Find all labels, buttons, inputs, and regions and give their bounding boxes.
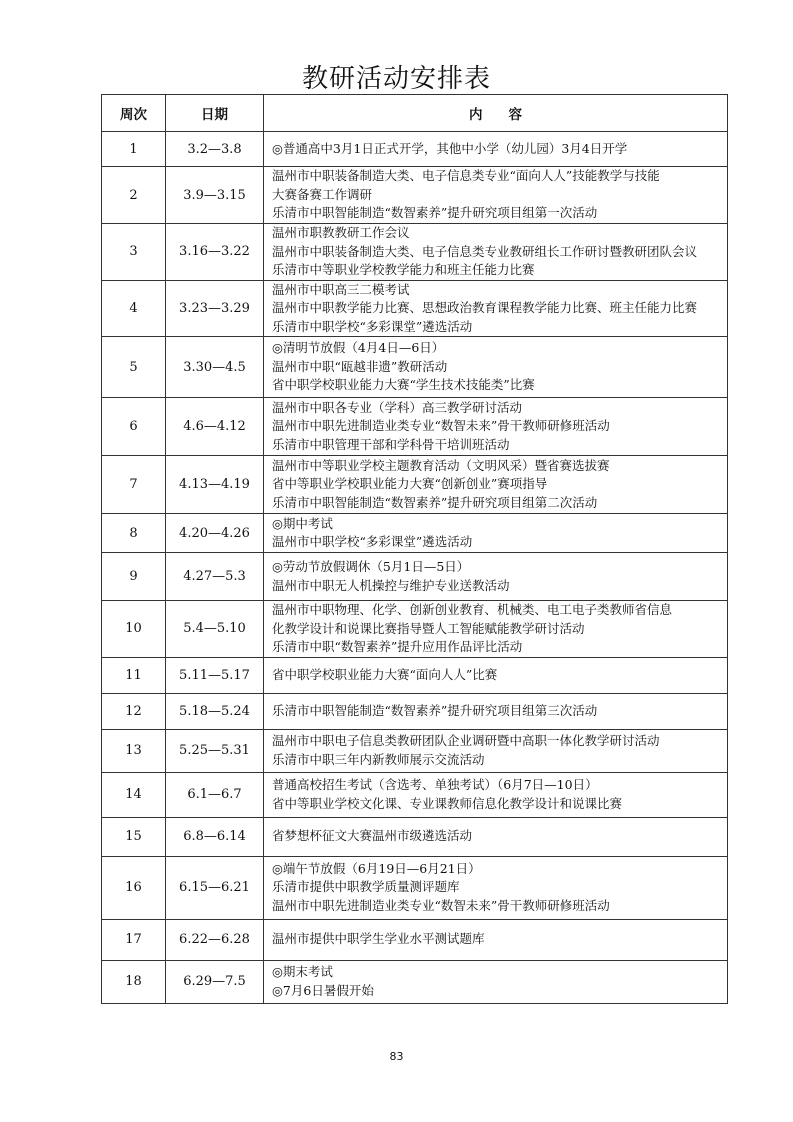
date-cell: 6.22—6.28 bbox=[166, 919, 264, 960]
content-line: 化教学设计和说课比赛指导暨人工智能赋能教学研讨活动 bbox=[272, 620, 723, 639]
week-cell: 14 bbox=[102, 772, 166, 817]
content-line: 温州市中职无人机操控与维护专业送教活动 bbox=[272, 577, 723, 596]
date-cell: 3.23—3.29 bbox=[166, 280, 264, 337]
content-cell: 温州市职教教研工作会议温州市中职装备制造大类、电子信息类专业教研组长工作研讨暨教… bbox=[264, 224, 728, 281]
date-cell: 4.13—4.19 bbox=[166, 456, 264, 514]
header-content: 内容 bbox=[264, 95, 728, 132]
content-line: 温州市中等职业学校主题教育活动（文明风采）暨省赛选拔赛 bbox=[272, 457, 723, 476]
content-line: 温州市中职物理、化学、创新创业教育、机械类、电工电子类教师省信息 bbox=[272, 601, 723, 620]
content-cell: 温州市中职物理、化学、创新创业教育、机械类、电工电子类教师省信息化教学设计和说课… bbox=[264, 601, 728, 658]
table-row: 115.11—5.17省中职学校职业能力大赛“面向人人”比赛 bbox=[102, 657, 728, 693]
week-cell: 16 bbox=[102, 856, 166, 919]
date-cell: 3.2—3.8 bbox=[166, 132, 264, 167]
content-line: 温州市中职装备制造大类、电子信息类专业教研组长工作研讨暨教研团队会议 bbox=[272, 243, 723, 262]
week-cell: 12 bbox=[102, 693, 166, 729]
content-line: 乐清市中职管理干部和学科骨干培训班活动 bbox=[272, 436, 723, 455]
content-cell: 省梦想杯征文大赛温州市级遴选活动 bbox=[264, 817, 728, 856]
date-cell: 4.20—4.26 bbox=[166, 514, 264, 553]
content-line: ◎普通高中3月1日正式开学，其他中小学（幼儿园）3月4日开学 bbox=[272, 140, 723, 159]
table-row: 186.29—7.5◎期末考试◎7月6日暑假开始 bbox=[102, 960, 728, 1003]
header-week: 周次 bbox=[102, 95, 166, 132]
date-cell: 5.18—5.24 bbox=[166, 693, 264, 729]
table-row: 105.4—5.10温州市中职物理、化学、创新创业教育、机械类、电工电子类教师省… bbox=[102, 601, 728, 658]
week-cell: 7 bbox=[102, 456, 166, 514]
content-line: 乐清市中职“数智素养”提升应用作品评比活动 bbox=[272, 638, 723, 657]
content-line: ◎端午节放假（6月19日—6月21日） bbox=[272, 860, 723, 879]
table-row: 53.30—4.5◎清明节放假（4月4日—6日）温州市中职“瓯越非遗”教研活动省… bbox=[102, 337, 728, 398]
content-line: 乐清市中职智能制造“数智素养”提升研究项目组第三次活动 bbox=[272, 702, 723, 721]
schedule-table: 周次 日期 内容 13.2—3.8◎普通高中3月1日正式开学，其他中小学（幼儿园… bbox=[101, 94, 728, 1004]
content-cell: 温州市中职电子信息类教研团队企业调研暨中高职一体化教学研讨活动乐清市中职三年内新… bbox=[264, 729, 728, 772]
date-cell: 6.15—6.21 bbox=[166, 856, 264, 919]
page-title: 教研活动安排表 bbox=[0, 58, 793, 95]
content-line: 乐清市中职智能制造“数智素养”提升研究项目组第一次活动 bbox=[272, 204, 723, 223]
content-line: 乐清市中职智能制造“数智素养”提升研究项目组第二次活动 bbox=[272, 494, 723, 513]
table-row: 43.23—3.29温州市中职高三二模考试温州市中职教学能力比赛、思想政治教育课… bbox=[102, 280, 728, 337]
date-cell: 6.29—7.5 bbox=[166, 960, 264, 1003]
week-cell: 18 bbox=[102, 960, 166, 1003]
content-line: 乐清市中职学校“多彩课堂”遴选活动 bbox=[272, 318, 723, 337]
content-line: 省中等职业学校职业能力大赛“创新创业”赛项指导 bbox=[272, 475, 723, 494]
content-line: 温州市中职电子信息类教研团队企业调研暨中高职一体化教学研讨活动 bbox=[272, 732, 723, 751]
table-row: 125.18—5.24乐清市中职智能制造“数智素养”提升研究项目组第三次活动 bbox=[102, 693, 728, 729]
week-cell: 11 bbox=[102, 657, 166, 693]
table-row: 156.8—6.14省梦想杯征文大赛温州市级遴选活动 bbox=[102, 817, 728, 856]
week-cell: 15 bbox=[102, 817, 166, 856]
table-row: 64.6—4.12温州市中职各专业（学科）高三教学研讨活动温州市中职先进制造业类… bbox=[102, 398, 728, 456]
content-cell: ◎清明节放假（4月4日—6日）温州市中职“瓯越非遗”教研活动省中职学校职业能力大… bbox=[264, 337, 728, 398]
content-line: ◎期中考试 bbox=[272, 515, 723, 534]
content-cell: ◎期末考试◎7月6日暑假开始 bbox=[264, 960, 728, 1003]
table-row: 94.27—5.3◎劳动节放假调休（5月1日—5日）温州市中职无人机操控与维护专… bbox=[102, 553, 728, 601]
content-line: 温州市中职先进制造业类专业“数智未来”骨干教师研修班活动 bbox=[272, 897, 723, 916]
header-date: 日期 bbox=[166, 95, 264, 132]
content-line: 温州市中职学校“多彩课堂”遴选活动 bbox=[272, 533, 723, 552]
content-line: 温州市中职先进制造业类专业“数智未来”骨干教师研修班活动 bbox=[272, 417, 723, 436]
table-row: 13.2—3.8◎普通高中3月1日正式开学，其他中小学（幼儿园）3月4日开学 bbox=[102, 132, 728, 167]
page-number: 83 bbox=[0, 1050, 793, 1063]
week-cell: 8 bbox=[102, 514, 166, 553]
date-cell: 4.6—4.12 bbox=[166, 398, 264, 456]
content-cell: ◎期中考试温州市中职学校“多彩课堂”遴选活动 bbox=[264, 514, 728, 553]
week-cell: 4 bbox=[102, 280, 166, 337]
table-header-row: 周次 日期 内容 bbox=[102, 95, 728, 132]
week-cell: 13 bbox=[102, 729, 166, 772]
content-cell: 温州市中职各专业（学科）高三教学研讨活动温州市中职先进制造业类专业“数智未来”骨… bbox=[264, 398, 728, 456]
content-line: 省中职学校职业能力大赛“学生技术技能类”比赛 bbox=[272, 376, 723, 395]
table-row: 146.1—6.7普通高校招生考试（含选考、单独考试）（6月7日—10日）省中等… bbox=[102, 772, 728, 817]
content-line: 普通高校招生考试（含选考、单独考试）（6月7日—10日） bbox=[272, 776, 723, 795]
table-row: 33.16—3.22温州市职教教研工作会议温州市中职装备制造大类、电子信息类专业… bbox=[102, 224, 728, 281]
table-row: 74.13—4.19温州市中等职业学校主题教育活动（文明风采）暨省赛选拔赛省中等… bbox=[102, 456, 728, 514]
week-cell: 1 bbox=[102, 132, 166, 167]
content-line: 省中职学校职业能力大赛“面向人人”比赛 bbox=[272, 666, 723, 685]
week-cell: 5 bbox=[102, 337, 166, 398]
content-line: 乐清市中等职业学校教学能力和班主任能力比赛 bbox=[272, 261, 723, 280]
content-line: 大赛备赛工作调研 bbox=[272, 186, 723, 205]
content-line: ◎清明节放假（4月4日—6日） bbox=[272, 339, 723, 358]
date-cell: 5.25—5.31 bbox=[166, 729, 264, 772]
date-cell: 5.11—5.17 bbox=[166, 657, 264, 693]
week-cell: 9 bbox=[102, 553, 166, 601]
table-row: 176.22—6.28温州市提供中职学生学业水平测试题库 bbox=[102, 919, 728, 960]
content-line: 温州市中职高三二模考试 bbox=[272, 281, 723, 300]
content-cell: ◎普通高中3月1日正式开学，其他中小学（幼儿园）3月4日开学 bbox=[264, 132, 728, 167]
date-cell: 3.30—4.5 bbox=[166, 337, 264, 398]
content-cell: 省中职学校职业能力大赛“面向人人”比赛 bbox=[264, 657, 728, 693]
week-cell: 10 bbox=[102, 601, 166, 658]
content-cell: 乐清市中职智能制造“数智素养”提升研究项目组第三次活动 bbox=[264, 693, 728, 729]
date-cell: 6.1—6.7 bbox=[166, 772, 264, 817]
table-row: 23.9—3.15温州市中职装备制造大类、电子信息类专业“面向人人”技能教学与技… bbox=[102, 167, 728, 224]
week-cell: 2 bbox=[102, 167, 166, 224]
date-cell: 3.9—3.15 bbox=[166, 167, 264, 224]
content-line: 乐清市提供中职教学质量测评题库 bbox=[272, 878, 723, 897]
content-cell: 普通高校招生考试（含选考、单独考试）（6月7日—10日）省中等职业学校文化课、专… bbox=[264, 772, 728, 817]
date-cell: 5.4—5.10 bbox=[166, 601, 264, 658]
date-cell: 3.16—3.22 bbox=[166, 224, 264, 281]
week-cell: 3 bbox=[102, 224, 166, 281]
table-row: 166.15—6.21◎端午节放假（6月19日—6月21日）乐清市提供中职教学质… bbox=[102, 856, 728, 919]
content-line: ◎劳动节放假调休（5月1日—5日） bbox=[272, 558, 723, 577]
date-cell: 6.8—6.14 bbox=[166, 817, 264, 856]
table-row: 84.20—4.26◎期中考试温州市中职学校“多彩课堂”遴选活动 bbox=[102, 514, 728, 553]
week-cell: 17 bbox=[102, 919, 166, 960]
content-cell: 温州市提供中职学生学业水平测试题库 bbox=[264, 919, 728, 960]
date-cell: 4.27—5.3 bbox=[166, 553, 264, 601]
content-cell: ◎劳动节放假调休（5月1日—5日）温州市中职无人机操控与维护专业送教活动 bbox=[264, 553, 728, 601]
content-line: 温州市中职各专业（学科）高三教学研讨活动 bbox=[272, 399, 723, 418]
week-cell: 6 bbox=[102, 398, 166, 456]
content-line: 温州市职教教研工作会议 bbox=[272, 224, 723, 243]
content-line: ◎7月6日暑假开始 bbox=[272, 982, 723, 1001]
table-body: 13.2—3.8◎普通高中3月1日正式开学，其他中小学（幼儿园）3月4日开学23… bbox=[102, 132, 728, 1004]
content-cell: ◎端午节放假（6月19日—6月21日）乐清市提供中职教学质量测评题库温州市中职先… bbox=[264, 856, 728, 919]
content-cell: 温州市中职装备制造大类、电子信息类专业“面向人人”技能教学与技能大赛备赛工作调研… bbox=[264, 167, 728, 224]
content-line: 乐清市中职三年内新教师展示交流活动 bbox=[272, 751, 723, 770]
content-line: 温州市提供中职学生学业水平测试题库 bbox=[272, 930, 723, 949]
content-line: 温州市中职教学能力比赛、思想政治教育课程教学能力比赛、班主任能力比赛 bbox=[272, 299, 723, 318]
content-line: 省梦想杯征文大赛温州市级遴选活动 bbox=[272, 827, 723, 846]
table-row: 135.25—5.31温州市中职电子信息类教研团队企业调研暨中高职一体化教学研讨… bbox=[102, 729, 728, 772]
content-cell: 温州市中等职业学校主题教育活动（文明风采）暨省赛选拔赛省中等职业学校职业能力大赛… bbox=[264, 456, 728, 514]
content-line: 温州市中职“瓯越非遗”教研活动 bbox=[272, 358, 723, 377]
content-line: 温州市中职装备制造大类、电子信息类专业“面向人人”技能教学与技能 bbox=[272, 167, 723, 186]
content-cell: 温州市中职高三二模考试温州市中职教学能力比赛、思想政治教育课程教学能力比赛、班主… bbox=[264, 280, 728, 337]
content-line: ◎期末考试 bbox=[272, 963, 723, 982]
content-line: 省中等职业学校文化课、专业课教师信息化教学设计和说课比赛 bbox=[272, 795, 723, 814]
